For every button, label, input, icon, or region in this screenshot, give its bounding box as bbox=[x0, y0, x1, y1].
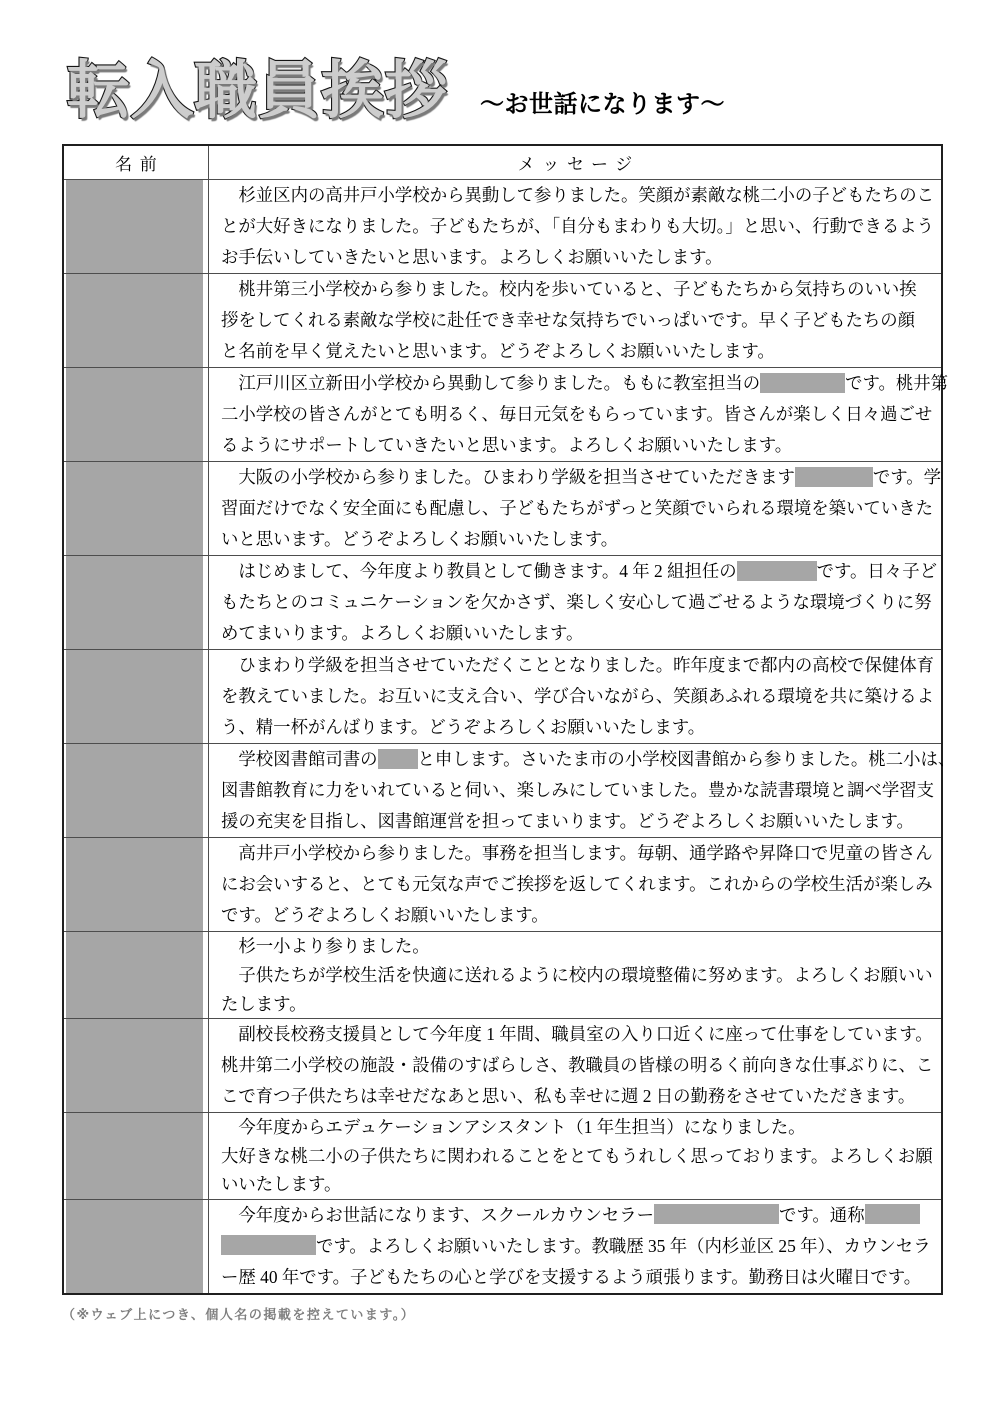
redacted-name-box bbox=[66, 180, 203, 273]
name-cell bbox=[63, 274, 209, 368]
message-line: 拶をしてくれる素敵な学校に赴任でき幸せな気持ちでいっぱいです。早く子どもたちの顔 bbox=[221, 305, 931, 336]
redacted-name-box bbox=[66, 368, 203, 461]
message-text: とが大好きになりました。子どもたちが、「自分もまわりも大切。」と思い、行動できる… bbox=[221, 216, 934, 236]
message-line: 桃井第二小学校の施設・設備のすばらしさ、教職員の皆様の明るく前向きな仕事ぶりに、… bbox=[221, 1050, 931, 1081]
header-name: 名前 bbox=[63, 145, 209, 180]
message-cell: 江戸川区立新田小学校から異動して参りました。ももに教室担当のです。桃井第二小学校… bbox=[209, 368, 943, 462]
message-text: めてまいります。よろしくお願いいたします。 bbox=[221, 623, 583, 643]
message-text: いいたします。 bbox=[221, 1174, 341, 1194]
page-subtitle: ～お世話になります～ bbox=[480, 84, 725, 119]
table-row: 今年度からエデュケーションアシスタント（1 年生担当）になりました。大好きな桃二… bbox=[63, 1113, 942, 1200]
message-line: めてまいります。よろしくお願いいたします。 bbox=[221, 618, 931, 649]
redacted-text-box bbox=[795, 467, 873, 487]
message-line: もたちとのコミュニケーションを欠かさず、楽しく安心して過ごせるような環境づくりに… bbox=[221, 587, 931, 618]
message-line: いいたします。 bbox=[221, 1170, 931, 1199]
message-cell: 大阪の小学校から参りました。ひまわり学級を担当させていただきますです。学習面だけ… bbox=[209, 462, 943, 556]
header-message: メッセージ bbox=[209, 145, 943, 180]
header-row: 名前 メッセージ bbox=[63, 145, 942, 180]
message-line: にお会いすると、とても元気な声でご挨拶を返してくれます。これからの学校生活が楽し… bbox=[221, 869, 931, 900]
message-text: ー歴 40 年です。子どもたちの心と学びを支援するよう頑張ります。勤務日は火曜日… bbox=[221, 1267, 921, 1287]
message-line: 副校長校務支援員として今年度 1 年間、職員室の入り口近くに座って仕事をしていま… bbox=[221, 1019, 931, 1050]
message-text: 習面だけでなく安全面にも配慮し、子どもたちがずっと笑顔でいられる環境を築いていき… bbox=[221, 498, 933, 518]
table-row: ひまわり学級を担当させていただくこととなりました。昨年度まで都内の高校で保健体育… bbox=[63, 650, 942, 744]
message-line: 今年度からエデュケーションアシスタント（1 年生担当）になりました。 bbox=[221, 1113, 931, 1142]
message-text: です。よろしくお願いいたします。教職歴 35 年（内杉並区 25 年）、カウンセ… bbox=[316, 1236, 931, 1256]
message-text: 今年度からエデュケーションアシスタント（1 年生担当）になりました。 bbox=[221, 1117, 806, 1137]
name-cell bbox=[63, 1019, 209, 1113]
table-row: 高井戸小学校から参りました。事務を担当します。毎朝、通学路や昇降口で児童の皆さん… bbox=[63, 838, 942, 932]
message-text: ひまわり学級を担当させていただくこととなりました。昨年度まで都内の高校で保健体育 bbox=[221, 655, 934, 675]
redacted-text-box bbox=[654, 1204, 779, 1224]
message-text: 副校長校務支援員として今年度 1 年間、職員室の入り口近くに座って仕事をしていま… bbox=[221, 1024, 933, 1044]
redacted-text-box bbox=[221, 1235, 316, 1255]
redacted-name-box bbox=[66, 744, 203, 837]
message-text: はじめまして、今年度より教員として働きます。4 年 2 組担任の bbox=[221, 561, 737, 581]
table-row: 杉一小より参りました。 子供たちが学校生活を快適に送れるように校内の環境整備に努… bbox=[63, 932, 942, 1019]
name-cell bbox=[63, 932, 209, 1019]
table-row: 今年度からお世話になります、スクールカウンセラーです。通称です。よろしくお願いい… bbox=[63, 1199, 942, 1294]
message-cell: 杉並区内の高井戸小学校から異動して参りました。笑顔が素敵な桃二小の子どもたちのこ… bbox=[209, 180, 943, 274]
message-line: ひまわり学級を担当させていただくこととなりました。昨年度まで都内の高校で保健体育 bbox=[221, 650, 931, 681]
redacted-text-box bbox=[378, 749, 418, 769]
message-text: 学校図書館司書の bbox=[221, 749, 378, 769]
name-cell bbox=[63, 650, 209, 744]
message-line: を教えていました。お互いに支え合い、学び合いながら、笑顔あふれる環境を共に築ける… bbox=[221, 681, 931, 712]
table-row: 江戸川区立新田小学校から異動して参りました。ももに教室担当のです。桃井第二小学校… bbox=[63, 368, 942, 462]
message-text: う、精一杯がんばります。どうぞよろしくお願いいたします。 bbox=[221, 717, 705, 737]
message-line: とが大好きになりました。子どもたちが、「自分もまわりも大切。」と思い、行動できる… bbox=[221, 211, 931, 242]
name-cell bbox=[63, 368, 209, 462]
message-cell: 学校図書館司書のと申します。さいたま市の小学校図書館から参りました。桃二小は、図… bbox=[209, 744, 943, 838]
message-cell: 今年度からエデュケーションアシスタント（1 年生担当）になりました。大好きな桃二… bbox=[209, 1113, 943, 1200]
message-text: 子供たちが学校生活を快適に送れるように校内の環境整備に努めます。よろしくお願いい bbox=[221, 965, 933, 985]
message-line: お手伝いしていきたいと思います。よろしくお願いいたします。 bbox=[221, 242, 931, 273]
name-cell bbox=[63, 462, 209, 556]
message-text: いと思います。どうぞよろしくお願いいたします。 bbox=[221, 529, 618, 549]
message-text: です。どうぞよろしくお願いいたします。 bbox=[221, 905, 549, 925]
message-line: 杉並区内の高井戸小学校から異動して参りました。笑顔が素敵な桃二小の子どもたちのこ bbox=[221, 180, 931, 211]
message-text: 杉一小より参りました。 bbox=[221, 936, 430, 956]
message-text: 今年度からお世話になります、スクールカウンセラー bbox=[221, 1205, 654, 1225]
message-line: 桃井第三小学校から参りました。校内を歩いていると、子どもたちから気持ちのいい挨 bbox=[221, 274, 931, 305]
message-text: 高井戸小学校から参りました。事務を担当します。毎朝、通学路や昇降口で児童の皆さん bbox=[221, 843, 933, 863]
message-text: を教えていました。お互いに支え合い、学び合いながら、笑顔あふれる環境を共に築ける… bbox=[221, 686, 934, 706]
page-title: 転入職員挨拶 bbox=[67, 54, 448, 128]
message-cell: 今年度からお世話になります、スクールカウンセラーです。通称です。よろしくお願いい… bbox=[209, 1199, 943, 1294]
message-line: るようにサポートしていきたいと思います。よろしくお願いいたします。 bbox=[221, 430, 931, 461]
message-line: こで育つ子供たちは幸せだなあと思い、私も幸せに週 2 日の勤務をさせていただきま… bbox=[221, 1081, 931, 1112]
redacted-name-box bbox=[66, 274, 203, 367]
redacted-text-box bbox=[737, 561, 817, 581]
message-line: 大好きな桃二小の子供たちに関われることをとてもうれしく思っております。よろしくお… bbox=[221, 1142, 931, 1171]
message-line: 大阪の小学校から参りました。ひまわり学級を担当させていただきますです。学 bbox=[221, 462, 931, 493]
name-cell bbox=[63, 1199, 209, 1294]
message-text: たします。 bbox=[221, 994, 307, 1014]
message-text: 二小学校の皆さんがとても明るく、毎日元気をもらっています。皆さんが楽しく日々過ご… bbox=[221, 404, 932, 424]
message-text: です。学 bbox=[873, 467, 941, 487]
message-text: です。通称 bbox=[779, 1205, 865, 1225]
table-row: 副校長校務支援員として今年度 1 年間、職員室の入り口近くに座って仕事をしていま… bbox=[63, 1019, 942, 1113]
message-line: う、精一杯がんばります。どうぞよろしくお願いいたします。 bbox=[221, 712, 931, 743]
message-line: 二小学校の皆さんがとても明るく、毎日元気をもらっています。皆さんが楽しく日々過ご… bbox=[221, 399, 931, 430]
message-text: 図書館教育に力をいれていると伺い、楽しみにしていました。豊かな読書環境と調べ学習… bbox=[221, 780, 934, 800]
message-line: 今年度からお世話になります、スクールカウンセラーです。通称 bbox=[221, 1200, 931, 1231]
message-text: お手伝いしていきたいと思います。よろしくお願いいたします。 bbox=[221, 247, 723, 267]
message-text: 援の充実を目指し、図書館運営を担ってまいります。どうぞよろしくお願いいたします。 bbox=[221, 811, 914, 831]
name-cell bbox=[63, 744, 209, 838]
message-text: 江戸川区立新田小学校から異動して参りました。ももに教室担当の bbox=[221, 373, 760, 393]
name-cell bbox=[63, 1113, 209, 1200]
message-cell: 高井戸小学校から参りました。事務を担当します。毎朝、通学路や昇降口で児童の皆さん… bbox=[209, 838, 943, 932]
redacted-name-box bbox=[66, 1113, 203, 1199]
table-body: 杉並区内の高井戸小学校から異動して参りました。笑顔が素敵な桃二小の子どもたちのこ… bbox=[63, 180, 942, 1294]
message-line: はじめまして、今年度より教員として働きます。4 年 2 組担任のです。日々子ど bbox=[221, 556, 931, 587]
message-text: 杉並区内の高井戸小学校から異動して参りました。笑顔が素敵な桃二小の子どもたちのこ bbox=[221, 185, 934, 205]
table-header: 名前 メッセージ bbox=[63, 145, 942, 180]
name-cell bbox=[63, 556, 209, 650]
redacted-text-box bbox=[760, 373, 845, 393]
table-row: 桃井第三小学校から参りました。校内を歩いていると、子どもたちから気持ちのいい挨拶… bbox=[63, 274, 942, 368]
message-text: 大好きな桃二小の子供たちに関われることをとてもうれしく思っております。よろしくお… bbox=[221, 1146, 933, 1166]
message-text: 桃井第二小学校の施設・設備のすばらしさ、教職員の皆様の明るく前向きな仕事ぶりに、… bbox=[221, 1055, 933, 1075]
message-text: にお会いすると、とても元気な声でご挨拶を返してくれます。これからの学校生活が楽し… bbox=[221, 874, 933, 894]
message-text: るようにサポートしていきたいと思います。よろしくお願いいたします。 bbox=[221, 435, 792, 455]
table-row: はじめまして、今年度より教員として働きます。4 年 2 組担任のです。日々子ども… bbox=[63, 556, 942, 650]
document-page: 転入職員挨拶 ～お世話になります～ 名前 メッセージ 杉並区内の高井戸小学校から… bbox=[0, 0, 1000, 1414]
greetings-table: 名前 メッセージ 杉並区内の高井戸小学校から異動して参りました。笑顔が素敵な桃二… bbox=[62, 144, 943, 1295]
message-cell: 桃井第三小学校から参りました。校内を歩いていると、子どもたちから気持ちのいい挨拶… bbox=[209, 274, 943, 368]
message-cell: 副校長校務支援員として今年度 1 年間、職員室の入り口近くに座って仕事をしていま… bbox=[209, 1019, 943, 1113]
message-line: です。よろしくお願いいたします。教職歴 35 年（内杉並区 25 年）、カウンセ… bbox=[221, 1231, 931, 1262]
name-cell bbox=[63, 838, 209, 932]
message-line: 杉一小より参りました。 bbox=[221, 932, 931, 961]
message-line: たします。 bbox=[221, 990, 931, 1019]
message-line: と名前を早く覚えたいと思います。どうぞよろしくお願いいたします。 bbox=[221, 336, 931, 367]
message-line: 習面だけでなく安全面にも配慮し、子どもたちがずっと笑顔でいられる環境を築いていき… bbox=[221, 493, 931, 524]
table-row: 大阪の小学校から参りました。ひまわり学級を担当させていただきますです。学習面だけ… bbox=[63, 462, 942, 556]
message-line: ー歴 40 年です。子どもたちの心と学びを支援するよう頑張ります。勤務日は火曜日… bbox=[221, 1262, 931, 1293]
message-text: と申します。さいたま市の小学校図書館から参りました。桃二小は、 bbox=[418, 749, 956, 769]
redacted-name-box bbox=[66, 462, 203, 555]
message-line: です。どうぞよろしくお願いいたします。 bbox=[221, 900, 931, 931]
message-line: 高井戸小学校から参りました。事務を担当します。毎朝、通学路や昇降口で児童の皆さん bbox=[221, 838, 931, 869]
message-cell: ひまわり学級を担当させていただくこととなりました。昨年度まで都内の高校で保健体育… bbox=[209, 650, 943, 744]
redacted-name-box bbox=[66, 932, 203, 1018]
message-text: 拶をしてくれる素敵な学校に赴任でき幸せな気持ちでいっぱいです。早く子どもたちの顔 bbox=[221, 310, 915, 330]
table-row: 学校図書館司書のと申します。さいたま市の小学校図書館から参りました。桃二小は、図… bbox=[63, 744, 942, 838]
message-line: 図書館教育に力をいれていると伺い、楽しみにしていました。豊かな読書環境と調べ学習… bbox=[221, 775, 931, 806]
message-text: 大阪の小学校から参りました。ひまわり学級を担当させていただきます bbox=[221, 467, 795, 487]
message-text: もたちとのコミュニケーションを欠かさず、楽しく安心して過ごせるような環境づくりに… bbox=[221, 592, 932, 612]
message-line: いと思います。どうぞよろしくお願いいたします。 bbox=[221, 524, 931, 555]
redacted-name-box bbox=[66, 650, 203, 743]
redacted-text-box bbox=[865, 1204, 920, 1224]
message-text: 桃井第三小学校から参りました。校内を歩いていると、子どもたちから気持ちのいい挨 bbox=[221, 279, 917, 299]
privacy-note: （※ウェブ上につき、個人名の掲載を控えています。） bbox=[62, 1304, 1000, 1323]
name-cell bbox=[63, 180, 209, 274]
redacted-name-box bbox=[66, 1019, 203, 1112]
page-header: 転入職員挨拶 ～お世話になります～ bbox=[67, 54, 1000, 128]
message-text: と名前を早く覚えたいと思います。どうぞよろしくお願いいたします。 bbox=[221, 341, 775, 361]
message-line: 学校図書館司書のと申します。さいたま市の小学校図書館から参りました。桃二小は、 bbox=[221, 744, 931, 775]
redacted-name-box bbox=[66, 1200, 203, 1293]
message-text: こで育つ子供たちは幸せだなあと思い、私も幸せに週 2 日の勤務をさせていただきま… bbox=[221, 1086, 915, 1106]
message-line: 子供たちが学校生活を快適に送れるように校内の環境整備に努めます。よろしくお願いい bbox=[221, 961, 931, 990]
table-row: 杉並区内の高井戸小学校から異動して参りました。笑顔が素敵な桃二小の子どもたちのこ… bbox=[63, 180, 942, 274]
message-line: 江戸川区立新田小学校から異動して参りました。ももに教室担当のです。桃井第 bbox=[221, 368, 931, 399]
message-text: です。桃井第 bbox=[845, 373, 948, 393]
message-cell: 杉一小より参りました。 子供たちが学校生活を快適に送れるように校内の環境整備に努… bbox=[209, 932, 943, 1019]
redacted-name-box bbox=[66, 556, 203, 649]
message-cell: はじめまして、今年度より教員として働きます。4 年 2 組担任のです。日々子ども… bbox=[209, 556, 943, 650]
message-line: 援の充実を目指し、図書館運営を担ってまいります。どうぞよろしくお願いいたします。 bbox=[221, 806, 931, 837]
redacted-name-box bbox=[66, 838, 203, 931]
message-text: です。日々子ど bbox=[817, 561, 937, 581]
